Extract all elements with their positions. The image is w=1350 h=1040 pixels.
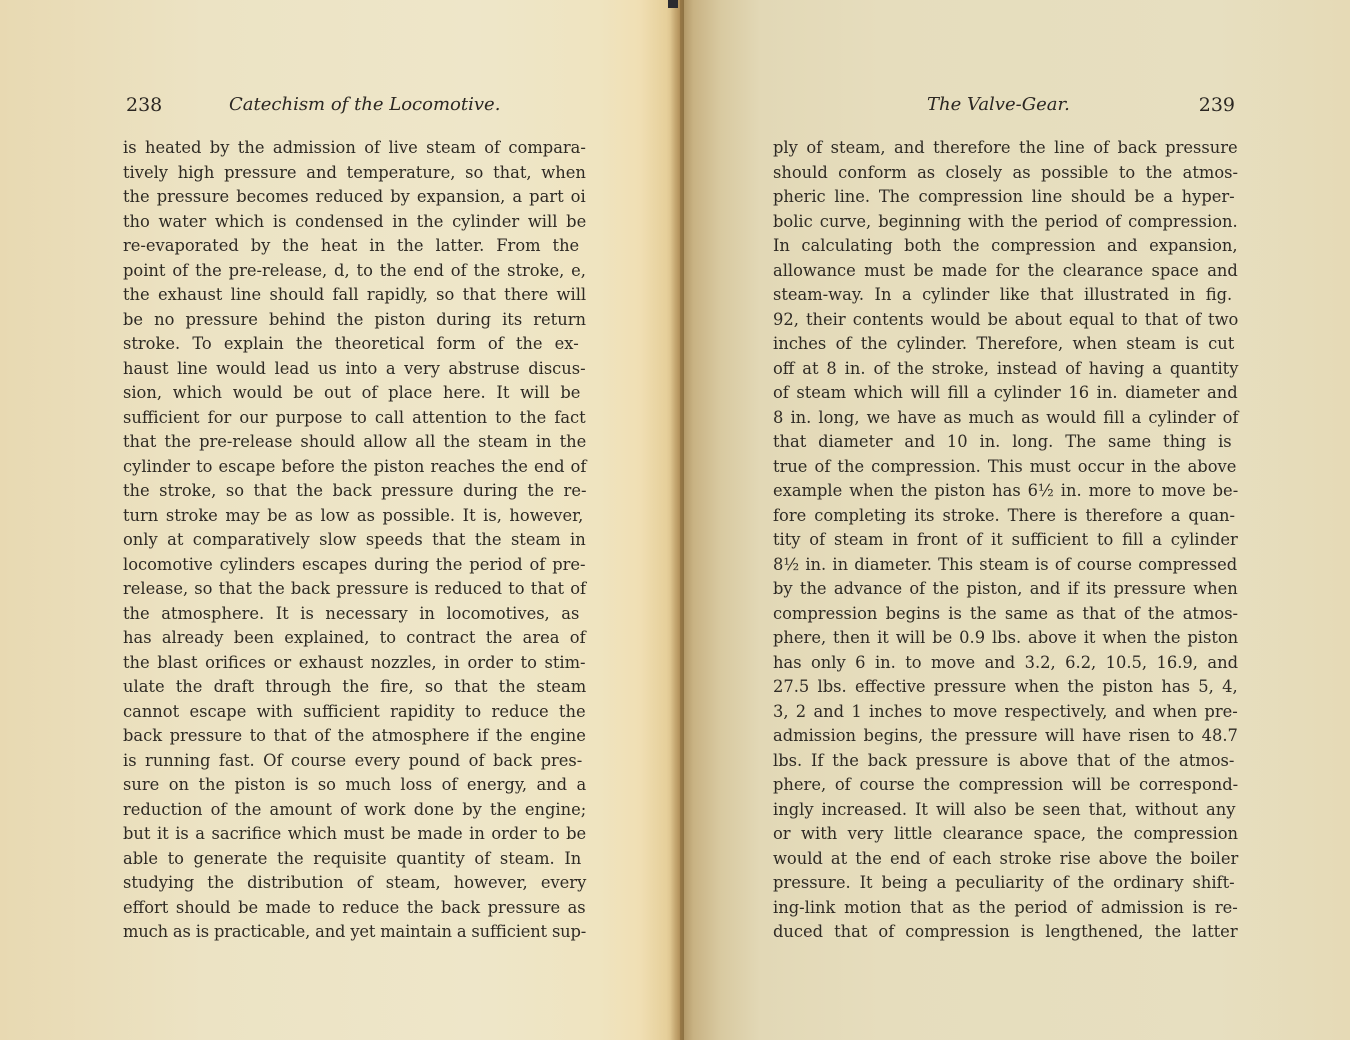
text-line: effort should be made to reduce the back… <box>123 896 586 921</box>
text-line: locomotive cylinders escapes during the … <box>123 553 586 578</box>
running-head-title: Catechism of the Locomotive. <box>229 92 500 118</box>
text-line: that the pre-release should allow all th… <box>123 430 586 455</box>
text-line: much as is practicable, and yet maintain… <box>123 920 586 945</box>
text-line: phere, of course the compression will be… <box>773 773 1238 798</box>
text-line: is heated by the admission of live steam… <box>123 136 586 161</box>
text-line: sion, which would be out of place here. … <box>123 381 586 406</box>
book-gutter <box>670 0 684 1040</box>
text-line: cylinder to escape before the piston rea… <box>123 455 586 480</box>
text-line: has already been explained, to contract … <box>123 626 586 651</box>
book-spread: 238 Catechism of the Locomotive. The Val… <box>0 0 1350 1040</box>
text-line: would at the end of each stroke rise abo… <box>773 847 1238 872</box>
running-head-title: The Valve-Gear. <box>927 92 1070 118</box>
text-line: 3, 2 and 1 inches to move respectively, … <box>773 700 1238 725</box>
text-line: pheric line. The compression line should… <box>773 185 1238 210</box>
text-line: steam-way. In a cylinder like that illus… <box>773 283 1238 308</box>
text-line: 8 in. long, we have as much as would fil… <box>773 406 1238 431</box>
text-line: 92, their contents would be about equal … <box>773 308 1238 333</box>
text-line: duced that of compression is lengthened,… <box>773 920 1238 945</box>
text-line: pressure. It being a peculiarity of the … <box>773 871 1238 896</box>
text-line: cannot escape with sufficient rapidity t… <box>123 700 586 725</box>
text-line: ply of steam, and therefore the line of … <box>773 136 1238 161</box>
text-line: tively high pressure and temperature, so… <box>123 161 586 186</box>
right-page-body: ply of steam, and therefore the line of … <box>773 136 1238 945</box>
text-line: sure on the piston is so much loss of en… <box>123 773 586 798</box>
text-line: reduction of the amount of work done by … <box>123 798 586 823</box>
left-page-body: is heated by the admission of live steam… <box>123 136 586 945</box>
text-line: the exhaust line should fall rapidly, so… <box>123 283 586 308</box>
text-line: compression begins is the same as that o… <box>773 602 1238 627</box>
text-line: has only 6 in. to move and 3.2, 6.2, 10.… <box>773 651 1238 676</box>
text-line: inches of the cylinder. Therefore, when … <box>773 332 1238 357</box>
left-running-head: 238 Catechism of the Locomotive. <box>126 92 596 118</box>
text-line: ingly increased. It will also be seen th… <box>773 798 1238 823</box>
text-line: ing-link motion that as the period of ad… <box>773 896 1238 921</box>
text-line: example when the piston has 6½ in. more … <box>773 479 1238 504</box>
text-line: turn stroke may be as low as possible. I… <box>123 504 586 529</box>
text-line: the stroke, so that the back pressure du… <box>123 479 586 504</box>
text-line: re-evaporated by the heat in the latter.… <box>123 234 586 259</box>
text-line: true of the compression. This must occur… <box>773 455 1238 480</box>
text-line: able to generate the requisite quantity … <box>123 847 586 872</box>
text-line: but it is a sacrifice which must be made… <box>123 822 586 847</box>
text-line: tho water which is condensed in the cyli… <box>123 210 586 235</box>
text-line: studying the distribution of steam, howe… <box>123 871 586 896</box>
text-line: the atmosphere. It is necessary in locom… <box>123 602 586 627</box>
text-line: allowance must be made for the clearance… <box>773 259 1238 284</box>
text-line: stroke. To explain the theoretical form … <box>123 332 586 357</box>
text-line: only at comparatively slow speeds that t… <box>123 528 586 553</box>
text-line: lbs. If the back pressure is above that … <box>773 749 1238 774</box>
page-number: 238 <box>126 92 162 118</box>
text-line: fore completing its stroke. There is the… <box>773 504 1238 529</box>
text-line: the blast orifices or exhaust nozzles, i… <box>123 651 586 676</box>
text-line: that diameter and 10 in. long. The same … <box>773 430 1238 455</box>
text-line: point of the pre-release, d, to the end … <box>123 259 586 284</box>
text-line: bolic curve, beginning with the period o… <box>773 210 1238 235</box>
text-line: be no pressure behind the piston during … <box>123 308 586 333</box>
text-line: should conform as closely as possible to… <box>773 161 1238 186</box>
text-line: admission begins, the pressure will have… <box>773 724 1238 749</box>
text-line: tity of steam in front of it sufficient … <box>773 528 1238 553</box>
text-line: haust line would lead us into a very abs… <box>123 357 586 382</box>
text-line: 27.5 lbs. effective pressure when the pi… <box>773 675 1238 700</box>
text-line: back pressure to that of the atmosphere … <box>123 724 586 749</box>
text-line: of steam which will fill a cylinder 16 i… <box>773 381 1238 406</box>
text-line: is running fast. Of course every pound o… <box>123 749 586 774</box>
right-running-head: The Valve-Gear. 239 <box>773 92 1235 118</box>
page-number: 239 <box>1199 92 1235 118</box>
text-line: by the advance of the piston, and if its… <box>773 577 1238 602</box>
text-line: sufficient for our purpose to call atten… <box>123 406 586 431</box>
text-line: the pressure becomes reduced by expansio… <box>123 185 586 210</box>
text-line: or with very little clearance space, the… <box>773 822 1238 847</box>
text-line: In calculating both the compression and … <box>773 234 1238 259</box>
text-line: 8½ in. in diameter. This steam is of cou… <box>773 553 1238 578</box>
text-line: release, so that the back pressure is re… <box>123 577 586 602</box>
binding-thread <box>668 0 678 8</box>
text-line: ulate the draft through the fire, so tha… <box>123 675 586 700</box>
text-line: off at 8 in. of the stroke, instead of h… <box>773 357 1238 382</box>
text-line: phere, then it will be 0.9 lbs. above it… <box>773 626 1238 651</box>
